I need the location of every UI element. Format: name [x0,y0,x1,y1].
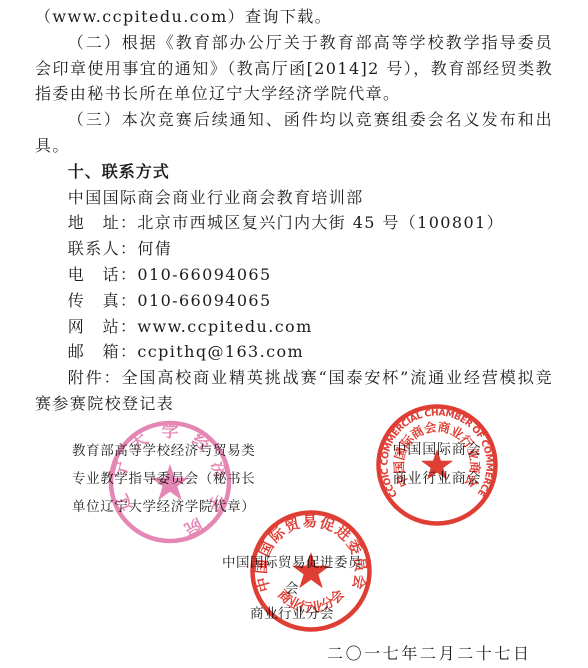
document-body: （www.ccpitedu.com）查询下载。 （二）根据《教育部办公厅关于教育… [35,0,553,417]
contact-value: ccpithq@163.com [137,342,304,361]
contact-value: 010-66094065 [137,291,271,310]
contact-value: 何倩 [137,239,172,258]
contact-value: 北京市西城区复兴门内大街 45 号（100801） [137,213,504,232]
contact-department: 中国国际商会商业行业商会教育培训部 [35,185,553,211]
contact-line-phone: 电 话：010-66094065 [35,262,553,288]
document-date: 二〇一七年二月二十七日 [327,641,532,664]
contact-label: 邮 箱： [68,342,138,361]
star-icon [151,464,189,500]
paragraph-item-two: （二）根据《教育部办公厅关于教育部高等学校教学指导委员会印章使用事宜的通知》（教… [35,30,553,107]
paragraph-item-three: （三）本次竞赛后续通知、函件均以竞赛组委会名义发布和出具。 [35,107,553,159]
contact-label: 电 话： [68,265,138,284]
contact-line-fax: 传 真：010-66094065 [35,288,553,314]
seal-bottom-arc-text: 商业行业分会 [274,587,347,617]
official-notice-document: （www.ccpitedu.com）查询下载。 （二）根据《教育部办公厅关于教育… [0,0,588,668]
ccoic-seal-stamp-icon: CCOIC COMMERCIAL CHAMBER OF COMMERCE 中国国… [375,403,499,527]
contact-line-email: 邮 箱：ccpithq@163.com [35,339,553,365]
svg-text:商业行业分会: 商业行业分会 [274,587,347,617]
contact-label: 地 址： [68,213,138,232]
contact-label: 联系人： [68,239,138,258]
contact-line-website: 网 站：www.ccpitedu.com [35,314,553,340]
star-icon [292,552,330,588]
contact-value: 010-66094065 [137,265,271,284]
star-icon [421,449,453,480]
university-seal-stamp-icon: 辽宁大学经济学院 [107,419,233,545]
contact-line-person: 联系人：何倩 [35,236,553,262]
contact-value: www.ccpitedu.com [137,317,312,336]
section-heading-contact: 十、联系方式 [35,159,553,185]
paragraph-website-download: （www.ccpitedu.com）查询下载。 [35,4,553,30]
contact-label: 网 站： [68,317,138,336]
contact-line-address: 地 址：北京市西城区复兴门内大街 45 号（100801） [35,210,553,236]
contact-label: 传 真： [68,291,138,310]
ccpit-seal-stamp-icon: 中国国际贸易促进委员会 商业行业分会 [249,509,373,633]
